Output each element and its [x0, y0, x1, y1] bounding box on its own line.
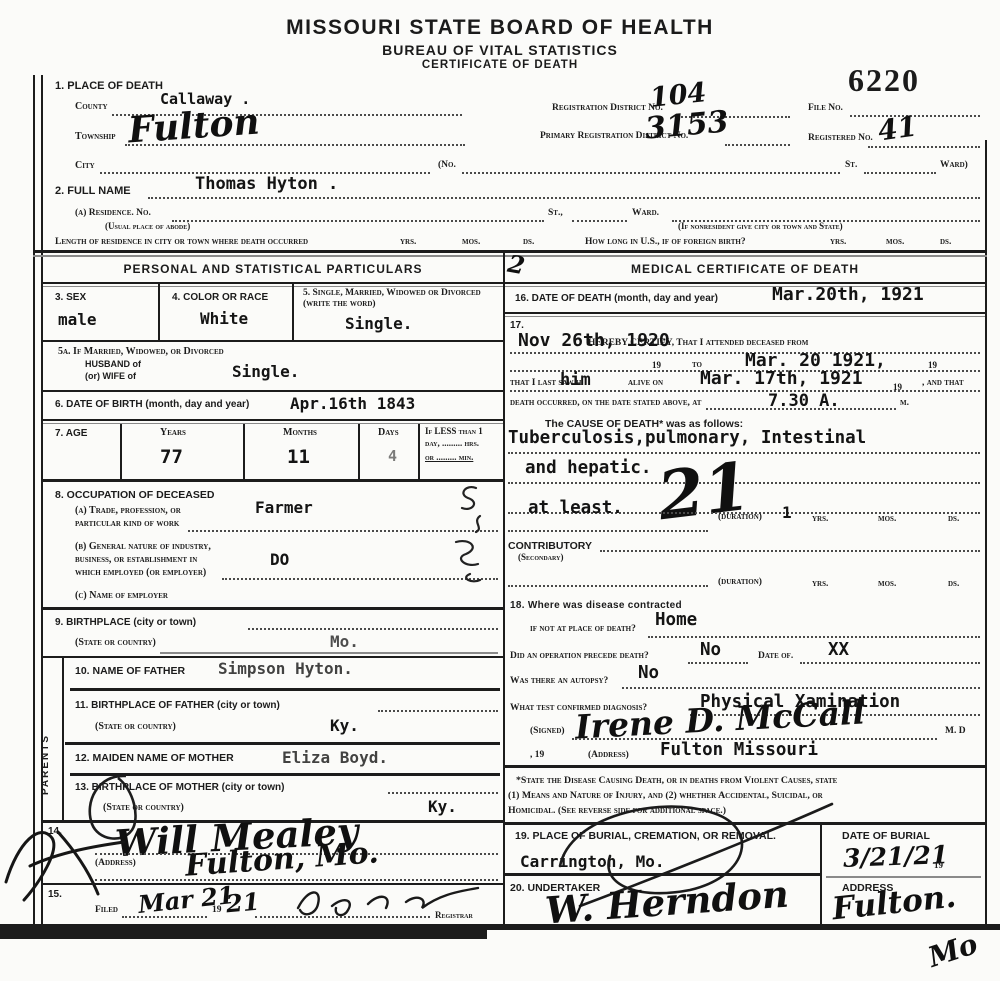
mother-label: 12. MAIDEN NAME OF MOTHER — [75, 752, 234, 764]
residence-st-label: St., — [548, 208, 563, 218]
occupation-label: 8. OCCUPATION OF DECEASED — [55, 489, 214, 501]
rule — [43, 286, 503, 287]
date-of-death-label: 16. DATE OF DEATH (month, day and year) — [515, 293, 718, 304]
duration-ds-label-2: ds. — [948, 579, 959, 589]
cell-divider — [158, 284, 160, 340]
duration-yrs-label: yrs. — [812, 514, 828, 524]
rule — [43, 607, 503, 610]
primary-district-value: 3153 — [644, 104, 730, 146]
rule — [160, 652, 498, 654]
operation-date-value: XX — [828, 640, 849, 660]
race-label: 4. COLOR OR RACE — [172, 292, 268, 303]
bureau-subtitle: BUREAU OF VITAL STATISTICS — [0, 42, 1000, 58]
residence-ward-label: Ward. — [632, 208, 659, 218]
autopsy-value: No — [638, 663, 659, 683]
ward-label: Ward) — [940, 160, 968, 170]
duration-label-2: (duration) — [718, 577, 762, 587]
cell-divider — [418, 424, 420, 480]
md-label: M. D — [945, 726, 966, 736]
burial-19-label: 19 — [934, 860, 943, 870]
contracted-value: Home — [655, 610, 697, 630]
certificate-number: 6220 — [848, 62, 920, 99]
age-days-label: Days — [378, 427, 399, 438]
rule — [70, 688, 500, 691]
date-of-burial-label: DATE OF BURIAL — [842, 830, 930, 842]
left-border-inner — [41, 75, 43, 927]
trade-label-1: (a) Trade, profession, or — [75, 505, 181, 516]
cell-divider — [120, 424, 122, 480]
mos-label: mos. — [886, 237, 904, 247]
if-less-label-2: day, ......... hrs. — [425, 438, 479, 448]
dotted-line — [800, 662, 980, 664]
comma-19-label: , 19 — [530, 750, 544, 760]
spouse-value: Single. — [232, 362, 299, 381]
yrs-label: yrs. — [830, 237, 846, 247]
left-border-outer — [33, 75, 35, 927]
rule — [43, 479, 503, 482]
residence-label: (a) Residence. No. — [75, 208, 151, 218]
cause-line-2: and hepatic. — [525, 458, 651, 478]
duration-scrawl: 21 — [654, 447, 755, 536]
at-least-value: at least. — [528, 498, 623, 518]
cause-line-1: Tuberculosis,pulmonary, Intestinal — [508, 428, 866, 448]
informant-margin-scrawl — [0, 812, 130, 912]
right-border — [985, 140, 987, 928]
birthplace-label: 9. BIRTHPLACE (city or town) — [55, 617, 196, 628]
dob-label: 6. DATE OF BIRTH (month, day and year) — [55, 399, 249, 410]
operation-value: No — [700, 640, 721, 660]
and-that-label: , and that — [922, 378, 964, 388]
dotted-line — [622, 687, 980, 689]
dotted-line — [510, 390, 980, 392]
parents-vertical-label: PARENTS — [40, 690, 51, 795]
industry-label-3: which employed (or employer) — [75, 567, 206, 578]
dotted-line — [706, 408, 896, 410]
rule — [43, 423, 503, 424]
father-value: Simpson Hyton. — [218, 659, 353, 678]
rule — [43, 656, 503, 658]
county-label: County — [75, 101, 108, 112]
mos-label: mos. — [462, 237, 480, 247]
registrar-label: Registrar — [435, 910, 473, 920]
date-of-burial-value: 3/21/21 — [843, 840, 949, 873]
rule — [505, 765, 985, 768]
autopsy-label: Was there an autopsy? — [510, 676, 608, 686]
industry-value: DO — [270, 550, 289, 569]
death-occurred-label: death occurred, on the date stated above… — [510, 398, 701, 408]
trade-label-2: particular kind of work — [75, 518, 179, 529]
street-label: St. — [845, 160, 857, 170]
race-value: White — [200, 309, 248, 328]
alive-on-label: alive on — [628, 378, 663, 388]
birthplace-state-label: (State or country) — [75, 637, 156, 648]
abode-note: (Usual place of abode) — [105, 221, 190, 231]
duration-value: 1 — [782, 503, 792, 522]
mother-birthplace-value: Ky. — [428, 797, 457, 816]
blank-19-label: 19 — [928, 360, 937, 370]
age-months-value: 11 — [287, 446, 310, 468]
m-label: m. — [900, 398, 909, 408]
age-years-label: Years — [160, 427, 186, 438]
employer-label: (c) Name of employer — [75, 590, 168, 601]
operation-label: Did an operation precede death? — [510, 651, 649, 661]
place-of-death-label: 1. PLACE OF DEATH — [55, 80, 163, 92]
file-no-label: File No. — [808, 103, 843, 113]
if-less-label-3: or ......... min. — [425, 452, 473, 462]
duration-label: (duration) — [718, 512, 762, 522]
birthplace-state-value: Mo. — [330, 632, 359, 651]
mother-value: Eliza Boyd. — [282, 748, 388, 767]
duration-mos-label-2: mos. — [878, 579, 896, 589]
rule — [826, 876, 981, 878]
parents-bracket-line — [62, 656, 64, 822]
date-of-death-value: Mar.20th, 1921 — [772, 284, 924, 305]
filed-number: 15. — [48, 889, 62, 900]
dotted-line — [600, 550, 980, 552]
rule — [505, 312, 985, 314]
dotted-line — [172, 220, 544, 222]
registered-no-label: Registered No. — [808, 133, 873, 143]
dotted-line — [248, 628, 498, 630]
footnote-line-1: *State the Disease Causing Death, or in … — [516, 775, 837, 786]
page-title: MISSOURI STATE BOARD OF HEALTH — [0, 16, 1000, 40]
duration-ds-label: ds. — [948, 514, 959, 524]
personal-header: PERSONAL AND STATISTICAL PARTICULARS — [44, 262, 502, 276]
sex-label: 3. SEX — [55, 292, 86, 303]
dotted-line — [148, 197, 980, 199]
if-less-label-1: If LESS than 1 — [425, 426, 483, 436]
age-label: 7. AGE — [55, 428, 87, 439]
dotted-line — [508, 585, 708, 587]
physician-address-value: Fulton Missouri — [660, 740, 818, 760]
full-name-label: 2. FULL NAME — [55, 185, 131, 197]
length-residence-label: Length of residence in city or town wher… — [55, 237, 308, 247]
dotted-line — [388, 792, 498, 794]
ds-label: ds. — [940, 237, 951, 247]
secondary-label: (Secondary) — [518, 552, 563, 562]
dotted-line — [572, 220, 627, 222]
filed-label: Filed — [95, 905, 118, 915]
filed-19-label: 19 — [212, 905, 222, 915]
nonresident-note: (If nonresident give city or town and St… — [678, 221, 843, 231]
attended-from-date: Nov 26th, 1920 — [518, 330, 670, 351]
father-birthplace-label: 11. BIRTHPLACE OF FATHER (city or town) — [75, 700, 280, 711]
cell-divider — [292, 284, 294, 340]
corner-margin-note: Mo — [924, 927, 981, 974]
last-saw-date: Mar. 17th, 1921 — [700, 368, 863, 389]
dotted-line — [508, 530, 708, 532]
industry-label-1: (b) General nature of industry, — [75, 541, 211, 552]
blank-19-label: 19 — [652, 360, 661, 370]
city-label: City — [75, 160, 95, 171]
rule — [43, 419, 503, 421]
occupation-margin-scrawl — [436, 482, 494, 587]
dotted-line — [864, 172, 936, 174]
death-certificate-scan: MISSOURI STATE BOARD OF HEALTH BUREAU OF… — [0, 0, 1000, 981]
dotted-line — [648, 636, 980, 638]
age-days-value: 4 — [388, 447, 397, 465]
father-birthplace-value: Ky. — [330, 716, 359, 735]
dotted-line — [122, 916, 207, 918]
father-state-label: (State or country) — [95, 721, 176, 732]
if-not-label: if not at place of death? — [530, 624, 636, 634]
registered-no-value: 41 — [876, 109, 919, 147]
trade-value: Farmer — [255, 498, 313, 517]
rule — [43, 282, 503, 284]
wife-of-label: (or) WIFE of — [85, 371, 136, 381]
howlong-label: How long in U.S., if of foreign birth? — [585, 237, 746, 247]
date-of-label: Date of. — [758, 651, 793, 661]
contributory-label: CONTRIBUTORY — [508, 540, 592, 552]
dotted-line — [868, 146, 980, 148]
rule — [65, 742, 500, 745]
him-value: him — [560, 370, 591, 390]
dob-value: Apr.16th 1843 — [290, 394, 415, 413]
cell-divider — [243, 424, 245, 480]
rule — [43, 340, 503, 342]
dotted-line — [378, 710, 498, 712]
sex-value: male — [58, 310, 97, 329]
industry-label-2: business, or establishment in — [75, 554, 197, 565]
married-widowed-label: 5a. If Married, Widowed, or Divorced — [58, 346, 224, 357]
ds-label: ds. — [523, 237, 534, 247]
dotted-line — [725, 144, 790, 146]
yrs-label: yrs. — [400, 237, 416, 247]
age-years-value: 77 — [160, 446, 183, 468]
street-no-label: (No. — [438, 160, 456, 170]
bottom-border-left-band — [0, 930, 487, 939]
marital-value: Single. — [345, 314, 412, 333]
medical-header: MEDICAL CERTIFICATE OF DEATH — [505, 262, 985, 276]
filed-year-value: 21 — [225, 887, 261, 919]
full-name-value: Thomas Hyton . — [195, 174, 338, 194]
dotted-line — [688, 662, 748, 664]
cell-divider — [358, 424, 360, 480]
rule — [43, 390, 503, 392]
rule — [505, 316, 985, 317]
duration-yrs-label-2: yrs. — [812, 579, 828, 589]
duration-mos-label: mos. — [878, 514, 896, 524]
signed-label: (Signed) — [530, 726, 565, 736]
dotted-line — [462, 172, 840, 174]
physician-address-label: (Address) — [588, 750, 629, 760]
township-label: Township — [75, 131, 116, 142]
dotted-line — [125, 144, 465, 146]
husband-of-label: HUSBAND of — [85, 359, 141, 369]
father-label: 10. NAME OF FATHER — [75, 665, 185, 677]
marital-label: 5. Single, Married, Widowed or Divorced … — [303, 288, 493, 310]
age-months-label: Months — [283, 427, 317, 438]
